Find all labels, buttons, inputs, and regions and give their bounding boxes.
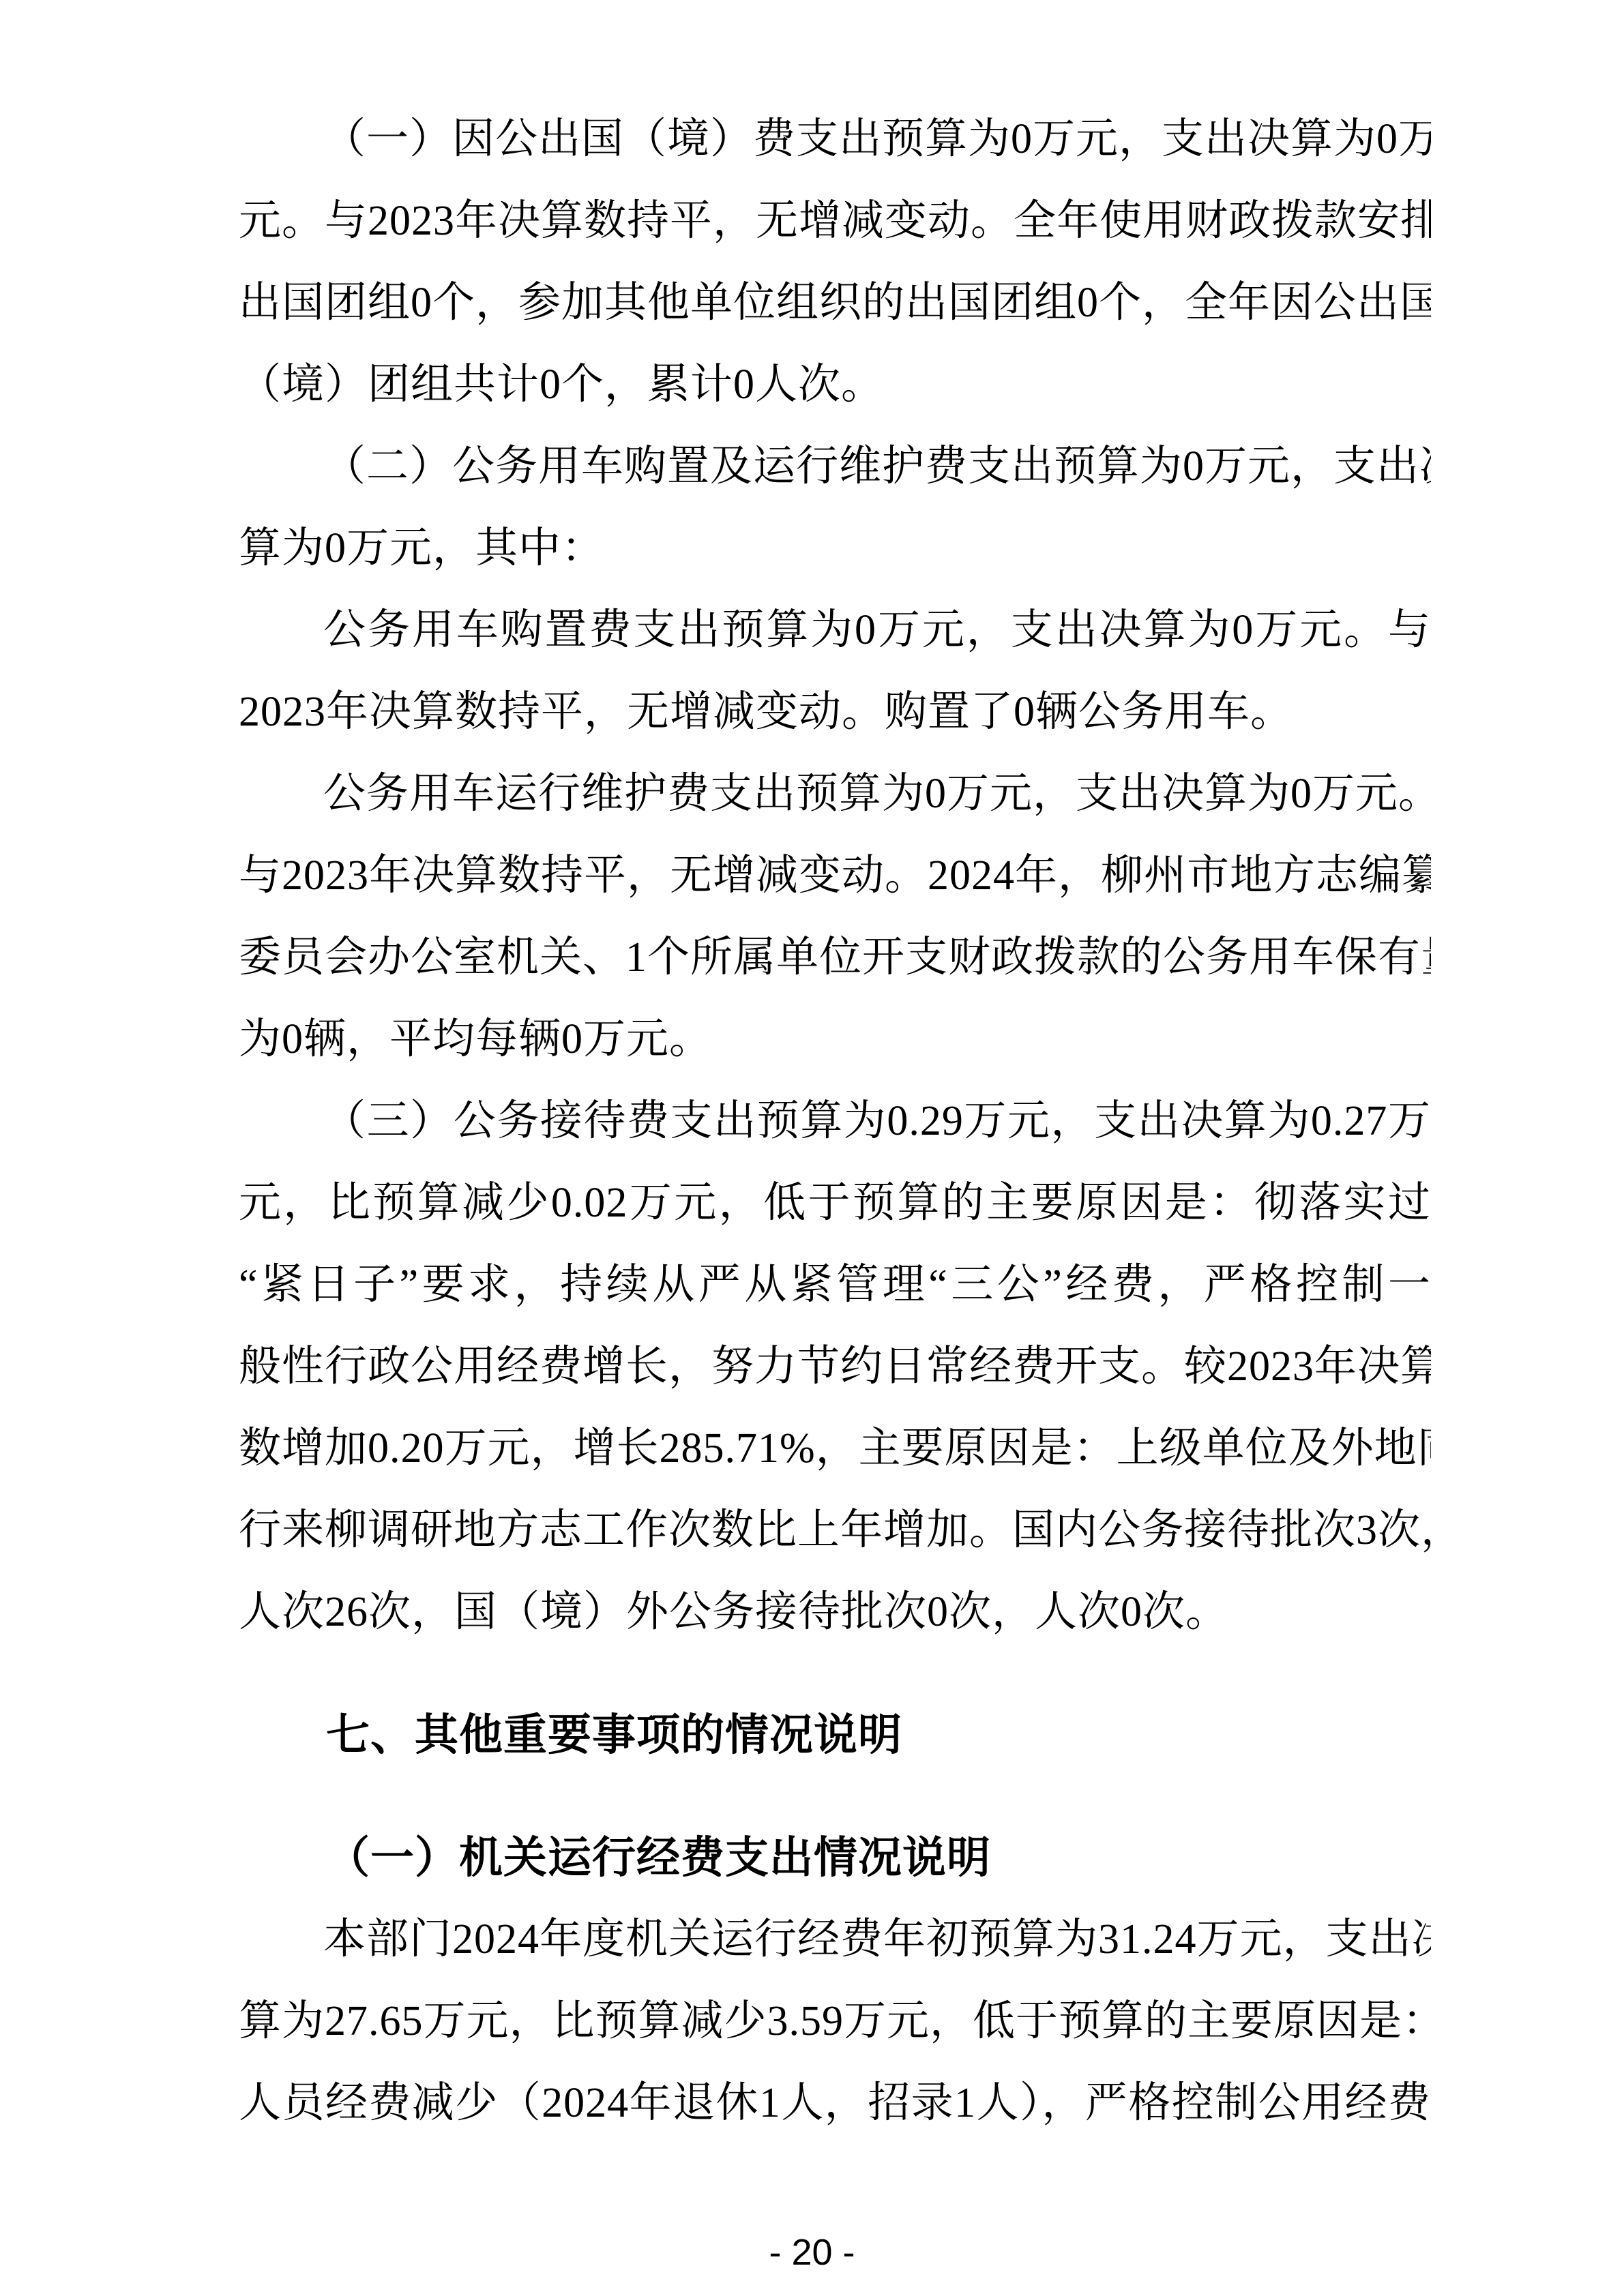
paragraph-vehicle-total: （二）公务用车购置及运行维护费支出预算为0万元，支出决 算为0万元，其中：	[239, 426, 1431, 589]
paragraph-vehicle-maintenance: 公务用车运行维护费支出预算为0万元，支出决算为0万元。 与2023年决算数持平，…	[239, 753, 1431, 1080]
document-page: （一）因公出国（境）费支出预算为0万元，支出决算为0万 元。与2023年决算数持…	[0, 0, 1624, 2296]
text-line: （二）公务用车购置及运行维护费支出预算为0万元，支出决	[239, 426, 1431, 507]
text-line: 与2023年决算数持平，无增减变动。2024年，柳州市地方志编纂	[239, 835, 1431, 916]
text-line: 元。与2023年决算数持平，无增减变动。全年使用财政拨款安排	[239, 180, 1431, 262]
document-body: （一）因公出国（境）费支出预算为0万元，支出决算为0万 元。与2023年决算数持…	[239, 98, 1431, 2144]
section-heading-other-important-items: 七、其他重要事项的情况说明	[239, 1694, 1431, 1776]
text-line: 公务用车购置费支出预算为0万元，支出决算为0万元。与	[239, 589, 1431, 671]
text-line: 2023年决算数持平，无增减变动。购置了0辆公务用车。	[239, 671, 1431, 753]
text-line: 数增加0.20万元，增长285.71%，主要原因是：上级单位及外地同	[239, 1407, 1431, 1489]
text-line: 人员经费减少（2024年退休1人，招录1人），严格控制公用经费	[239, 2062, 1431, 2144]
text-line: 算为0万元，其中：	[239, 507, 1431, 589]
paragraph-vehicle-purchase: 公务用车购置费支出预算为0万元，支出决算为0万元。与 2023年决算数持平，无增…	[239, 589, 1431, 753]
text-line: 委员会办公室机关、1个所属单位开支财政拨款的公务用车保有量	[239, 916, 1431, 998]
text-line: 公务用车运行维护费支出预算为0万元，支出决算为0万元。	[239, 753, 1431, 835]
subsection-heading-agency-operating-expenses: （一）机关运行经费支出情况说明	[239, 1817, 1431, 1898]
text-line: 人次26次，国（境）外公务接待批次0次，人次0次。	[239, 1571, 1431, 1653]
text-line: 行来柳调研地方志工作次数比上年增加。国内公务接待批次3次，	[239, 1489, 1431, 1571]
text-line: 般性行政公用经费增长，努力节约日常经费开支。较2023年决算	[239, 1326, 1431, 1407]
page-number: - 20 -	[0, 2232, 1624, 2273]
text-line: 元，比预算减少0.02万元，低于预算的主要原因是：彻落实过	[239, 1162, 1431, 1244]
text-line: （一）因公出国（境）费支出预算为0万元，支出决算为0万	[239, 98, 1431, 180]
paragraph-official-reception: （三）公务接待费支出预算为0.29万元，支出决算为0.27万 元，比预算减少0.…	[239, 1080, 1431, 1653]
text-line: 本部门2024年度机关运行经费年初预算为31.24万元，支出决	[239, 1898, 1431, 1980]
text-line: 算为27.65万元，比预算减少3.59万元，低于预算的主要原因是：	[239, 1980, 1431, 2062]
text-line: 出国团组0个，参加其他单位组织的出国团组0个，全年因公出国	[239, 262, 1431, 344]
text-line: 为0辆，平均每辆0万元。	[239, 998, 1431, 1080]
text-line: （境）团组共计0个，累计0人次。	[239, 344, 1431, 426]
text-line: （三）公务接待费支出预算为0.29万元，支出决算为0.27万	[239, 1080, 1431, 1162]
paragraph-operating-expenses: 本部门2024年度机关运行经费年初预算为31.24万元，支出决 算为27.65万…	[239, 1898, 1431, 2144]
paragraph-travel-abroad: （一）因公出国（境）费支出预算为0万元，支出决算为0万 元。与2023年决算数持…	[239, 98, 1431, 426]
text-line: “紧日子”要求，持续从严从紧管理“三公”经费，严格控制一	[239, 1244, 1431, 1326]
